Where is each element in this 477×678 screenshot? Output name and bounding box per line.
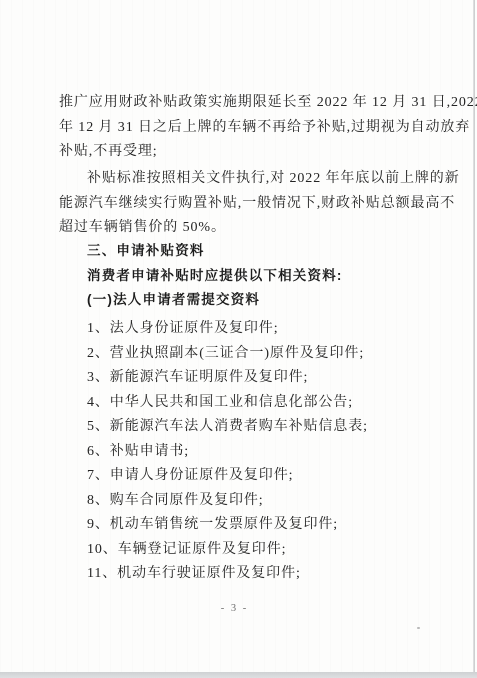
- body-line: 补贴,不再受理;: [59, 140, 411, 165]
- requirement-item: 8、购车合同原件及复印件;: [59, 489, 411, 514]
- requirement-item: 10、车辆登记证原件及复印件;: [59, 538, 411, 563]
- body-line: 推广应用财政补贴政策实施期限延长至 2022 年 12 月 31 日,2022: [59, 91, 411, 116]
- requirement-item: 2、营业执照副本(三证合一)原件及复印件;: [59, 342, 411, 367]
- paragraph-subsidy-standard: 补贴标准按照相关文件执行,对 2022 年年底以前上牌的新 能源汽车继续实行购置…: [59, 167, 411, 241]
- requirement-item: 11、机动车行驶证原件及复印件;: [59, 562, 411, 587]
- requirement-item: 7、申请人身份证原件及复印件;: [59, 464, 411, 489]
- subsection-heading: (一)法人申请者需提交资料: [59, 288, 411, 313]
- body-line: 能源汽车继续实行购置补贴,一般情况下,财政补贴总额最高不: [59, 192, 411, 217]
- body-line: 超过车辆销售价的 50%。: [59, 216, 411, 241]
- requirement-item: 6、补贴申请书;: [59, 440, 411, 465]
- body-line: 补贴标准按照相关文件执行,对 2022 年年底以前上牌的新: [59, 167, 411, 192]
- requirement-list: 1、法人身份证原件及复印件; 2、营业执照副本(三证合一)原件及复印件; 3、新…: [59, 317, 411, 587]
- requirement-item: 3、新能源汽车证明原件及复印件;: [59, 366, 411, 391]
- section-heading: 三、申请补贴资料: [59, 239, 411, 264]
- page-number: - 3 -: [0, 603, 469, 614]
- scanned-document-page: 推广应用财政补贴政策实施期限延长至 2022 年 12 月 31 日,2022 …: [0, 0, 477, 678]
- scan-edge-right: [473, 0, 475, 673]
- scan-edge-bottom: [0, 672, 477, 678]
- requirement-item: 5、新能源汽车法人消费者购车补贴信息表;: [59, 415, 411, 440]
- scan-speck-artifact: [417, 627, 420, 629]
- body-line: 年 12 月 31 日之后上牌的车辆不再给予补贴,过期视为自动放弃: [59, 116, 411, 141]
- intro-line: 消费者申请补贴时应提供以下相关资料:: [59, 264, 411, 289]
- requirement-item: 4、中华人民共和国工业和信息化部公告;: [59, 391, 411, 416]
- requirement-item: 1、法人身份证原件及复印件;: [59, 317, 411, 342]
- requirement-item: 9、机动车销售统一发票原件及复印件;: [59, 513, 411, 538]
- paragraph-subsidy-deadline: 推广应用财政补贴政策实施期限延长至 2022 年 12 月 31 日,2022 …: [59, 91, 411, 165]
- section-headings: 三、申请补贴资料 消费者申请补贴时应提供以下相关资料: (一)法人申请者需提交资…: [59, 239, 411, 313]
